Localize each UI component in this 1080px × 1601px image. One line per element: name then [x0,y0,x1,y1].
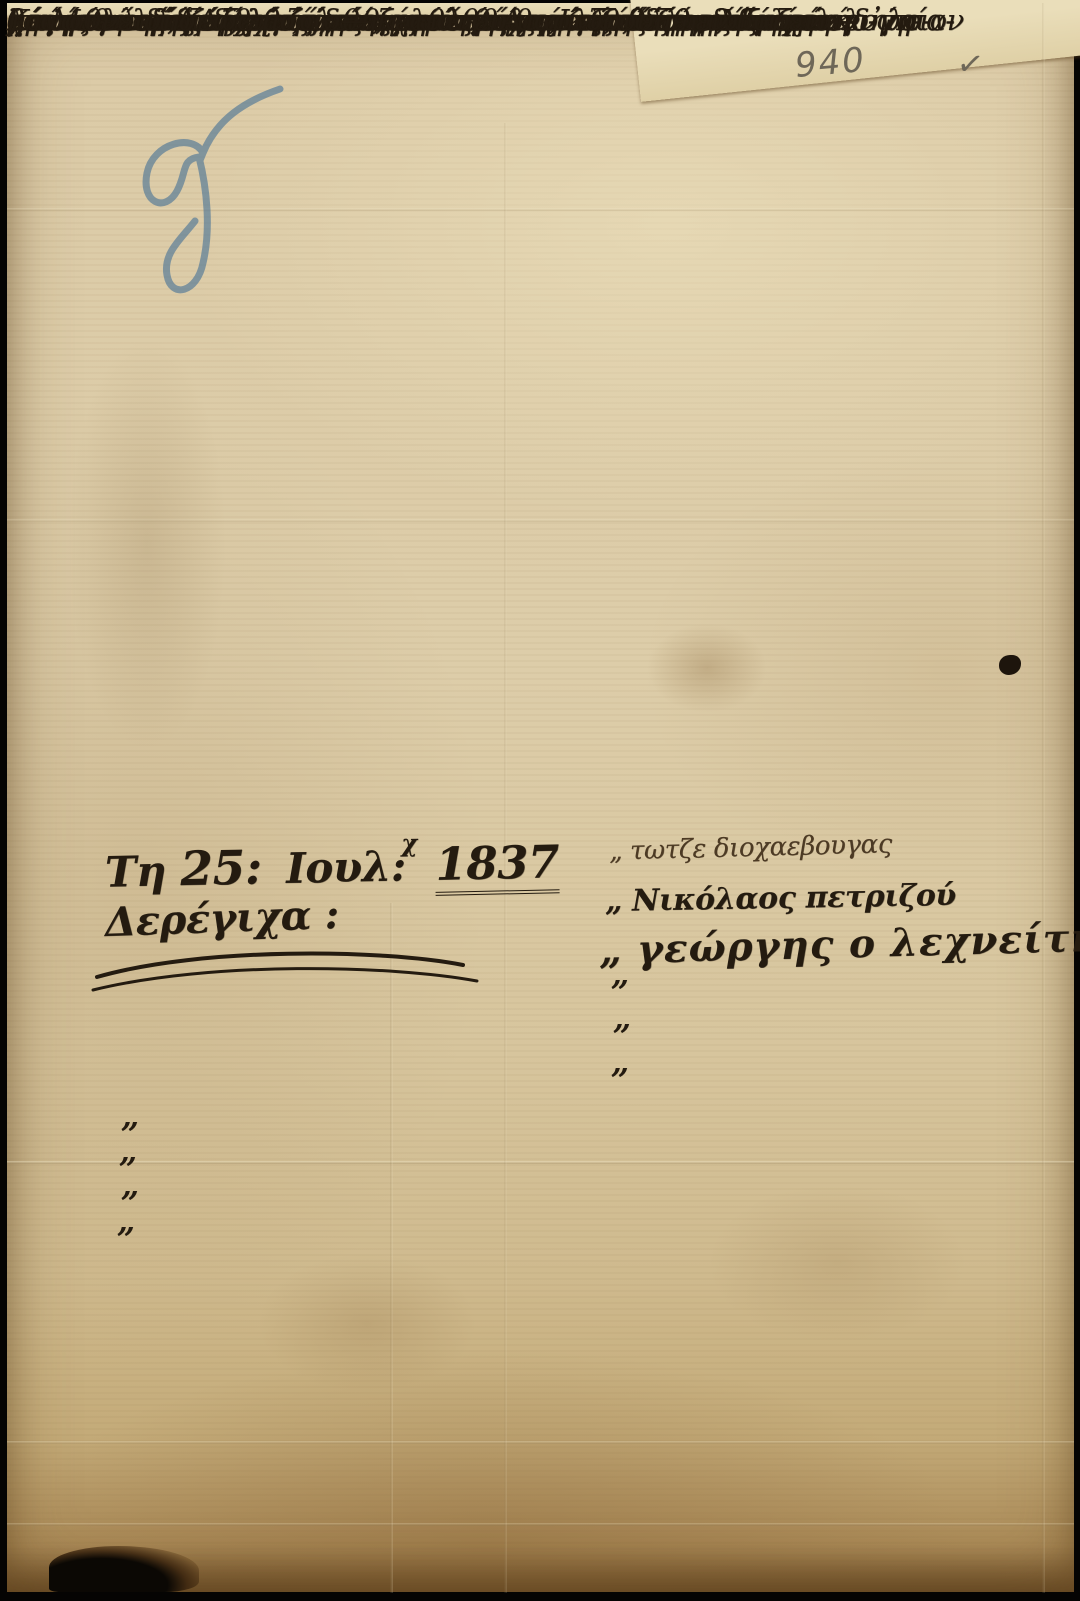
fold-crease [7,1523,1074,1526]
flourish-underline [91,943,481,995]
signature-name: τωτζε διοχαεβουγας [630,829,893,866]
date-month-superscript: χ [401,828,417,857]
burn-mark [49,1546,199,1592]
stain [707,1183,967,1343]
manuscript-line: της συνειδήσεώς μας : — [7,3,370,37]
ditto-mark: „ [119,1132,137,1170]
stain [257,1253,477,1393]
ditto-mark: „ [611,955,629,993]
blue-pencil-squiggle [95,71,305,311]
signature: „ τωτζε διοχαεβουγας [609,829,893,866]
fold-crease [1042,3,1045,1593]
archival-number: 940 [793,40,867,86]
paper-sheet: 940 ✓ Κατά την δ, τα πλεούλες , οι εν τω… [7,3,1074,1592]
check-mark-icon: ✓ [954,43,988,85]
date-day: 25: [180,840,263,897]
ditto-mark: „ [605,884,622,919]
date-line: Τη 25: Ιουλ:χ 1837 [104,834,559,898]
date-prefix: Τη [105,846,167,896]
date-month: Ιουλ: [286,841,407,892]
ditto-mark: „ [121,1166,139,1204]
signature-name: γεώργης ο λεχνείτης [636,914,1080,973]
ditto-mark: „ [613,999,631,1037]
scanned-document: 940 ✓ Κατά την δ, τα πλεούλες , οι εν τω… [0,0,1080,1601]
ditto-mark: „ [7,3,25,41]
place-line: Δερέγιχα : [104,891,339,946]
ditto-mark: „ [609,836,623,866]
ditto-mark: „ [117,1202,135,1240]
fold-crease [390,903,393,1593]
stain [647,623,767,713]
signature-name: Νικόλαος πετριζού [632,878,956,919]
ditto-mark: „ [121,1097,139,1135]
signature: „ Νικόλαος πετριζού [605,878,956,919]
date-year: 1837 [435,835,560,896]
fold-crease [7,1441,1074,1444]
stain [67,333,227,753]
fold-crease [7,1161,1074,1164]
signature: „ γεώργης ο λεχνείτης [598,914,1080,974]
ink-blot [999,655,1021,675]
ditto-mark: „ [611,1043,629,1081]
